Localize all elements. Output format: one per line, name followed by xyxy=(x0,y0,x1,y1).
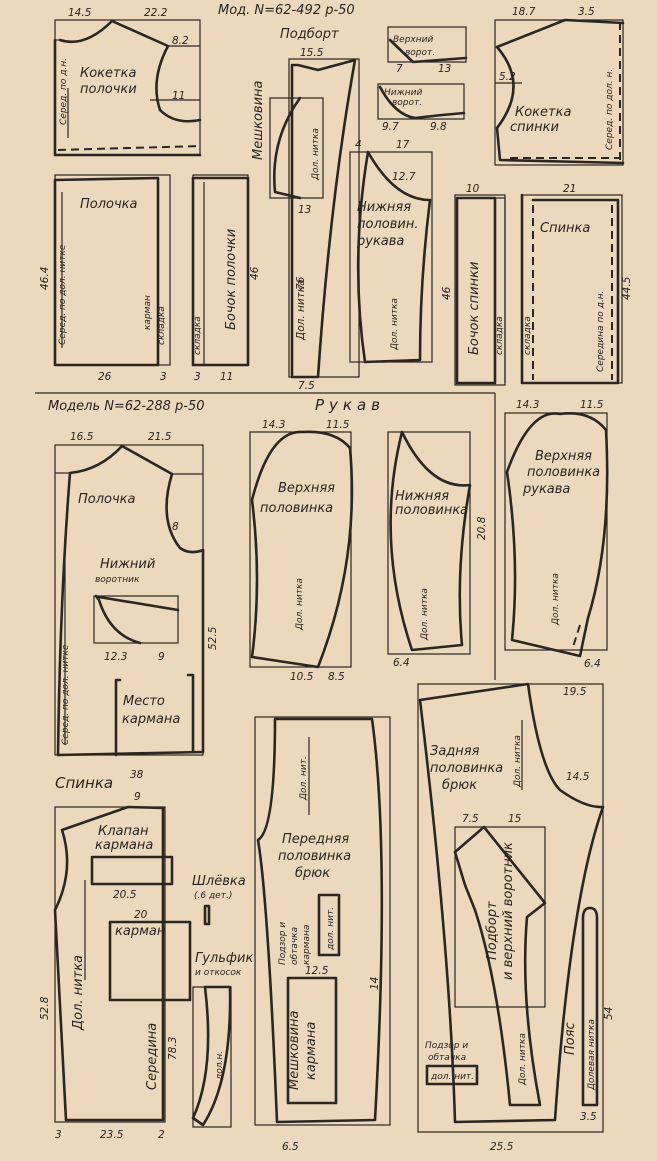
label-belt-loop-1: Шлёвка xyxy=(192,874,246,889)
dim: 17 xyxy=(396,139,410,151)
dim: 46 xyxy=(249,266,261,280)
dim: 16.5 xyxy=(70,431,94,443)
dim: 15 xyxy=(508,813,522,825)
dim: 13 xyxy=(438,63,451,75)
dim: 12.5 xyxy=(305,965,329,977)
dim: 3 xyxy=(160,371,167,383)
label-trouser-front-2: половинка xyxy=(278,849,351,864)
model-1-title: Мод. N=62-492 р-50 xyxy=(218,3,355,18)
dim: 46 xyxy=(441,286,453,300)
dim: 3 xyxy=(194,371,201,383)
dim: 46.4 xyxy=(39,267,51,290)
label-back-2: Спинка xyxy=(55,774,113,792)
piece-trouser-pocket-bag: Мешковина кармана 12.5 xyxy=(287,965,336,1103)
label-pleat: складка xyxy=(157,306,167,345)
label-pocket: карман xyxy=(143,295,153,330)
piece-upper-collar: Верхний ворот. 7 13 xyxy=(388,27,466,75)
dim: 11 xyxy=(172,90,185,102)
dim: 10.5 xyxy=(290,671,314,683)
label-front-yoke-1: Кокетка xyxy=(80,66,136,81)
grain-front-2: Серед. по дол. нитке xyxy=(61,644,71,745)
label-pleat: складка xyxy=(193,316,203,355)
piece-facing: Подборт 15.5 76 7.5 Дол. нитка Мешковина… xyxy=(251,27,359,392)
piece-pocket-facing: дол. нит. Подзор и обтачка кармана xyxy=(278,895,339,965)
label-under-sleeve-2: половин. xyxy=(357,217,418,232)
label-upper-collar-2: ворот. xyxy=(405,48,435,58)
label-facing: Подборт xyxy=(280,27,339,42)
label-trouser-pocket-bag-1: Мешковина xyxy=(287,1010,302,1090)
label-fly-1: Гульфик xyxy=(195,951,253,966)
piece-front-yoke: Кокетка полочки Серед. по д.н. 14.5 22.2… xyxy=(55,7,200,155)
dim: 23.5 xyxy=(100,1129,124,1141)
label-back-pocket-facing-2: обтачка xyxy=(428,1053,466,1063)
label-trouser-front-1: Передняя xyxy=(282,832,349,847)
dim: 54 xyxy=(603,1007,615,1020)
dim: 12.7 xyxy=(392,171,416,183)
dim: 6.4 xyxy=(584,658,601,670)
dim: 20 xyxy=(134,909,148,921)
grain-under-sleeve-2: Дол. нитка xyxy=(420,588,430,641)
dim: 7 xyxy=(396,63,403,75)
label-under-sleeve-2b: половинка xyxy=(395,503,468,518)
label-back-pocket-facing-1: Подзор и xyxy=(425,1041,468,1051)
dim: 19.5 xyxy=(563,686,587,698)
dim: 8.5 xyxy=(328,671,345,683)
label-upper-sleeve-2c: рукава xyxy=(522,482,570,497)
grain-facing-collar: Дол. нитка xyxy=(518,1033,528,1086)
label-waistband: Пояс xyxy=(563,1022,578,1055)
label-facing-collar-2: и верхний воротник xyxy=(501,842,516,980)
label-pocket-facing-3: кармана xyxy=(302,925,312,965)
dim: 14 xyxy=(369,977,381,990)
dim: 6.5 xyxy=(282,1141,299,1153)
label-front-yoke-2: полочки xyxy=(80,82,137,97)
label-back: Спинка xyxy=(540,221,590,236)
label-pocket-flap-1: Клапан xyxy=(98,824,149,839)
dim: 5.2 xyxy=(499,71,516,83)
label-pocket-bag: Мешковина xyxy=(251,80,266,160)
grain-pocket-bag: Дол. нитка xyxy=(311,128,321,181)
dim: 44.5 xyxy=(621,276,633,300)
piece-back-pocket-facing: Подзор и обтачка дол. нит. xyxy=(425,1041,477,1084)
label-trouser-back-2: половинка xyxy=(430,761,503,776)
dim: 12.3 xyxy=(104,651,127,663)
label-trouser-back-1: Задняя xyxy=(430,744,480,759)
piece-under-sleeve-1: Нижняя половин. рукава Дол. нитка 4 17 1… xyxy=(350,139,432,362)
label-belt-loop-2: (.6 дет.) xyxy=(194,891,232,901)
grain-back-2: Дол. нитка xyxy=(71,955,86,1031)
dim: 3 xyxy=(55,1129,62,1141)
dim: 9 xyxy=(158,651,165,663)
label-pocket-flap-2: кармана xyxy=(95,838,153,853)
piece-trouser-front: Дол. нит. Передняя половинка брюк 6.5 14 xyxy=(255,717,390,1153)
dim: 25.5 xyxy=(490,1141,514,1153)
label-pocket-facing-2: обтачка xyxy=(290,927,300,965)
label-trouser-front-3: брюк xyxy=(295,866,330,881)
dim: 7.5 xyxy=(462,813,479,825)
piece-upper-sleeve: Верхняя половинка Дол. нитка 14.3 11.5 1… xyxy=(250,419,352,683)
label-upper-sleeve-2a: Верхняя xyxy=(535,449,592,464)
grain-trouser-back: Дол. нитка xyxy=(513,735,523,788)
grain-upper-sleeve-2: Дол. нитка xyxy=(551,573,561,626)
label-upper-sleeve-1: Верхняя xyxy=(278,481,335,496)
label-front-2: Полочка xyxy=(78,492,136,507)
label-fly-2: и откосок xyxy=(195,968,242,978)
grain-waistband: Долевая нитка xyxy=(587,1019,597,1091)
dim: 9 xyxy=(134,791,141,803)
label-upper-collar-1: Верхний xyxy=(393,35,433,45)
label-center: Середина xyxy=(145,1023,160,1090)
dim: 14.3 xyxy=(262,419,285,431)
dim: 18.7 xyxy=(512,6,536,18)
piece-pocket-flap: Клапан кармана 20.5 xyxy=(92,824,172,901)
grain-trouser-front: Дол. нит. xyxy=(299,756,309,801)
dim: 20.8 xyxy=(476,516,488,540)
dim: 26 xyxy=(98,371,112,383)
piece-fly: Гульфик и откосок дол.н. xyxy=(193,951,253,1127)
label-pleat: складка xyxy=(523,316,533,355)
label-under-sleeve-1: Нижняя xyxy=(357,200,411,215)
grain-back: Середина по д.н. xyxy=(596,291,606,372)
piece-front: Полочка Серед. по дол. нитке карман скла… xyxy=(39,175,170,383)
dim: 10 xyxy=(466,183,480,195)
grain-facing: Дол. нитка xyxy=(295,279,307,341)
dim: 13 xyxy=(298,204,311,216)
piece-belt-loop: Шлёвка (.6 дет.) xyxy=(192,874,246,924)
piece-back: Спинка складка Середина по д.н. 21 44.5 xyxy=(522,183,633,383)
label-under-collar-2b: воротник xyxy=(95,575,140,585)
label-under-collar-2a: Нижний xyxy=(100,557,155,572)
dim: 3.5 xyxy=(578,6,595,18)
dim: 9.7 xyxy=(382,121,399,133)
dim: 8.2 xyxy=(172,35,189,47)
label-back-yoke-2: спинки xyxy=(510,120,559,135)
piece-waistband: Долевая нитка Пояс 54 3.5 xyxy=(563,908,615,1123)
label-trouser-back-3: брюк xyxy=(442,778,477,793)
label-pocket-facing-1: Подзор и xyxy=(278,922,288,965)
piece-under-collar-2: Нижний воротник 12.3 9 xyxy=(94,557,178,663)
grain-front-yoke: Серед. по д.н. xyxy=(59,58,69,125)
sleeve-section-title: Рукав xyxy=(315,396,385,414)
dim: 78.3 xyxy=(167,1037,179,1060)
piece-under-collar: Нижний ворот. 9.7 9.8 xyxy=(378,84,464,133)
label-upper-sleeve-2: половинка xyxy=(260,501,333,516)
label-under-sleeve-2a: Нижняя xyxy=(395,489,449,504)
dim: 21.5 xyxy=(148,431,172,443)
sewing-pattern-sheet: Мод. N=62-492 р-50 Кокетка полочки Серед… xyxy=(0,0,657,1161)
dim: 52.8 xyxy=(39,996,51,1020)
dim: 6.4 xyxy=(393,657,410,669)
grain-fly: дол.н. xyxy=(215,1051,225,1081)
dim: 11.5 xyxy=(326,419,350,431)
grain-back-pocket-facing: дол. нит. xyxy=(430,1072,474,1082)
grain-front: Серед. по дол. нитке xyxy=(58,244,68,345)
dim: 15.5 xyxy=(300,47,324,59)
dim: 14.3 xyxy=(516,399,539,411)
dim: 9.8 xyxy=(430,121,447,133)
label-pocket-place-2: кармана xyxy=(122,712,180,727)
piece-back-side: Бочок спинки складка 10 46 xyxy=(441,183,505,385)
dim: 52.5 xyxy=(207,626,219,650)
piece-back-yoke: Кокетка спинки Серед. по дол. н. 18.7 3.… xyxy=(495,6,623,165)
label-pocket: карман xyxy=(115,924,166,939)
label-back-yoke-1: Кокетка xyxy=(515,105,571,120)
grain-back-yoke: Серед. по дол. н. xyxy=(605,69,615,150)
dim: 3.5 xyxy=(580,1111,597,1123)
piece-upper-sleeve-2: Верхняя половинка рукава Дол. нитка 14.3… xyxy=(505,399,607,670)
grain-pocket-facing: дол. нит. xyxy=(326,907,336,951)
piece-under-sleeve-2: Нижняя половинка Дол. нитка 6.4 20.8 xyxy=(388,432,488,669)
piece-pocket: 20 карман xyxy=(110,909,190,1000)
dim: 21 xyxy=(563,183,576,195)
label-upper-sleeve-2b: половинка xyxy=(527,465,600,480)
dim: 22.2 xyxy=(144,7,168,19)
dim: 14.5 xyxy=(566,771,590,783)
dim: 7.5 xyxy=(298,380,315,392)
label-under-sleeve-3: рукава xyxy=(356,234,404,249)
dim: 2 xyxy=(158,1129,165,1141)
label-pleat: складка xyxy=(495,316,505,355)
grain-under-sleeve: Дол. нитка xyxy=(390,298,400,351)
label-front-side: Бочок полочки xyxy=(224,229,239,330)
label-trouser-pocket-bag-2: кармана xyxy=(304,1022,319,1080)
label-back-side: Бочок спинки xyxy=(467,262,482,355)
label-under-collar-1: Нижний xyxy=(384,88,422,98)
piece-facing-collar: Подборт и верхний воротник Дол. нитка 7.… xyxy=(455,813,545,1105)
grain-upper-sleeve: Дол. нитка xyxy=(295,578,305,631)
dim: 11.5 xyxy=(580,399,604,411)
label-under-collar-2: ворот. xyxy=(392,98,422,108)
dim: 20.5 xyxy=(113,889,137,901)
piece-front-side: Бочок полочки складка 46 3 11 xyxy=(193,175,261,383)
label-pocket-place-1: Место xyxy=(123,694,165,709)
dim: 8 xyxy=(172,521,179,533)
label-front: Полочка xyxy=(80,197,138,212)
model-2-title: Модель N=62-288 р-50 xyxy=(48,399,205,414)
dim: 14.5 xyxy=(68,7,92,19)
dim: 38 xyxy=(130,769,144,781)
dim: 11 xyxy=(220,371,233,383)
dim: 4 xyxy=(355,139,362,151)
piece-front-2: Полочка Серед. по дол. нитке Место карма… xyxy=(55,431,219,781)
label-facing-collar-1: Подборт xyxy=(485,901,500,960)
